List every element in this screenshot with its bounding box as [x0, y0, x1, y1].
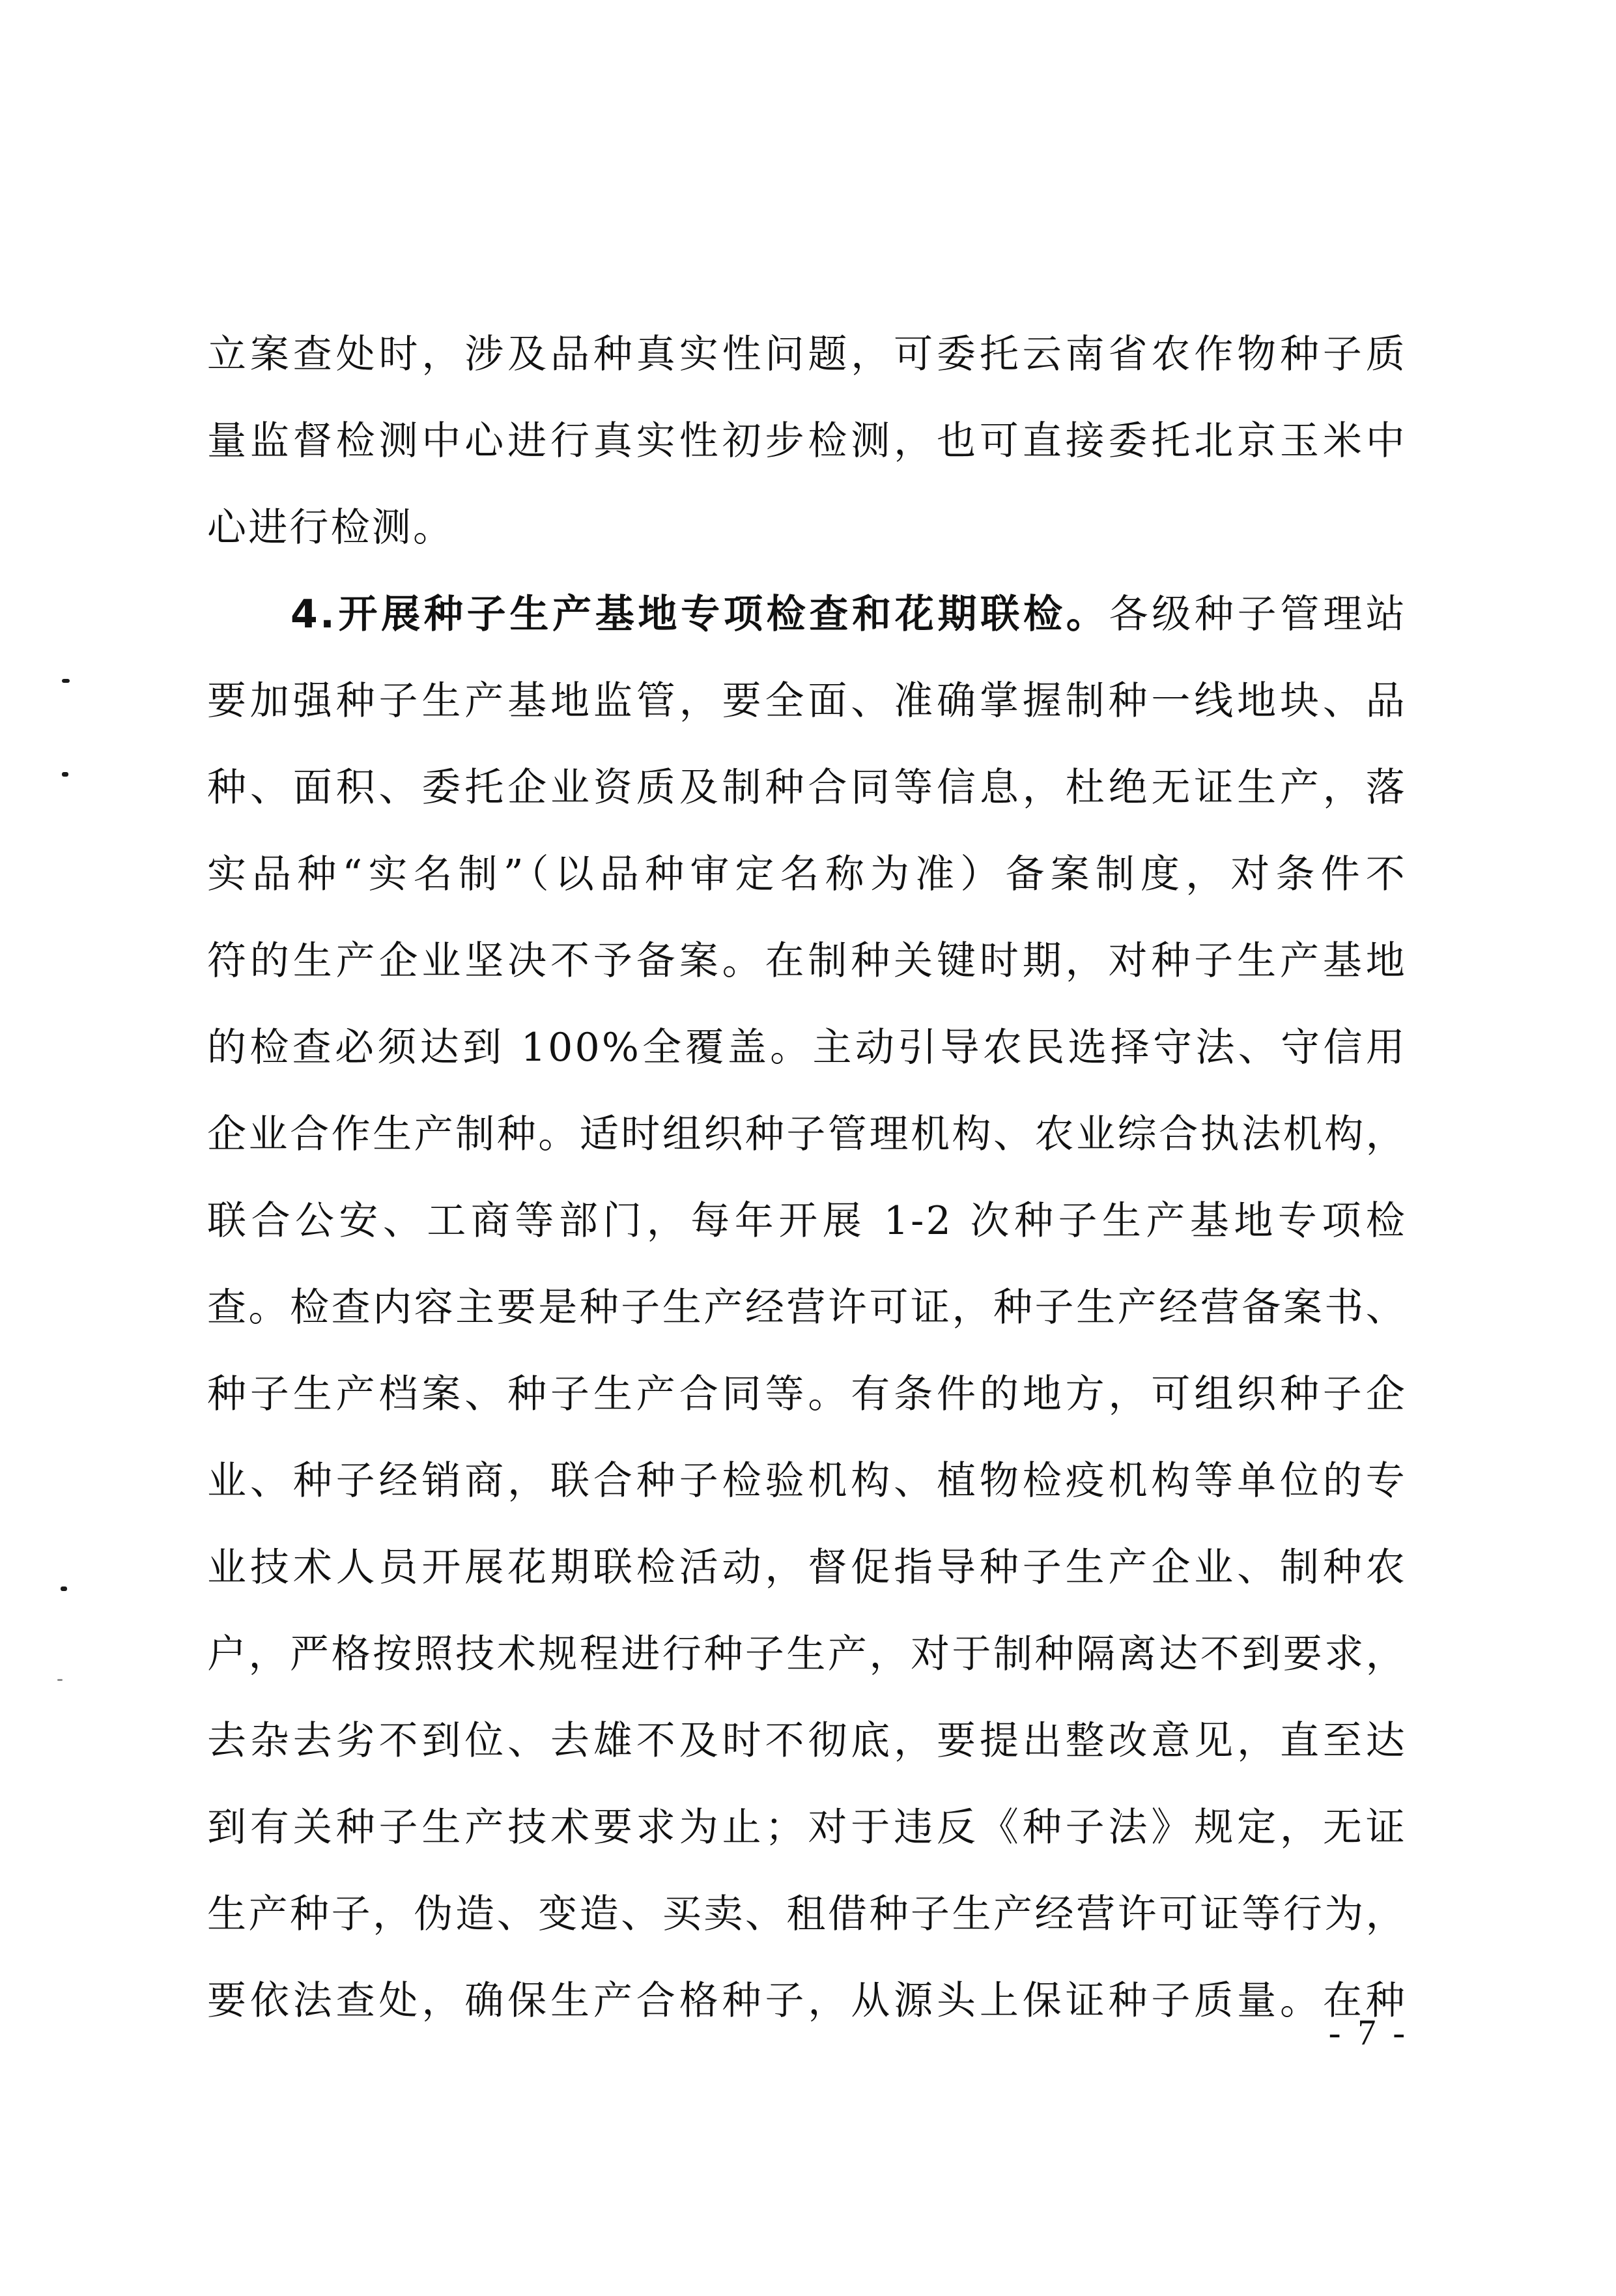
text-line: 到有关种子生产技术要求为止；对于违反《种子法》规定，无证 [207, 1785, 1407, 1871]
text-line: 心进行检测。 [207, 485, 1407, 571]
text-line: 企业合作生产制种。适时组织种子管理机构、农业综合执法机构， [207, 1091, 1407, 1178]
page-number: - 7 - [1329, 2007, 1409, 2059]
text-line: 去杂去劣不到位、去雄不及时不彻底，要提出整改意见，直至达 [207, 1698, 1407, 1785]
text-run: 各级种子管理站 [1109, 592, 1407, 637]
text-line: 种、面积、委托企业资质及制种合同等信息，杜绝无证生产，落 [207, 745, 1407, 831]
text-line: 户，严格按照技术规程进行种子生产，对于制种隔离达不到要求， [207, 1611, 1407, 1698]
text-line: 业、种子经销商，联合种子检验机构、植物检疫机构等单位的专 [207, 1438, 1407, 1525]
document-page: 立案查处时，涉及品种真实性问题，可委托云南省农作物种子质 量监督检测中心进行真实… [0, 0, 1616, 2296]
text-line: 生产种子，伪造、变造、买卖、租借种子生产经营许可证等行为， [207, 1871, 1407, 1958]
text-line: 查。检查内容主要是种子生产经营许可证，种子生产经营备案书、 [207, 1265, 1407, 1351]
text-line: 要加强种子生产基地监管，要全面、准确掌握制种一线地块、品 [207, 658, 1407, 745]
scan-margin-mark [61, 1586, 67, 1591]
paragraph-2: 4.开展种子生产基地专项检查和花期联检。各级种子管理站 要加强种子生产基地监管，… [207, 571, 1407, 2045]
text-line: 要依法查处，确保生产合格种子，从源头上保证种子质量。在种 [207, 1958, 1407, 2045]
text-line: 符的生产企业坚决不予备案。在制种关键时期，对种子生产基地 [207, 918, 1407, 1005]
text-line: 业技术人员开展花期联检活动，督促指导种子生产企业、制种农 [207, 1525, 1407, 1611]
text-line: 立案查处时，涉及品种真实性问题，可委托云南省农作物种子质 [207, 311, 1407, 398]
text-line: 的检查必须达到 100%全覆盖。主动引导农民选择守法、守信用 [207, 1005, 1407, 1091]
text-line: 联合公安、工商等部门，每年开展 1-2 次种子生产基地专项检 [207, 1178, 1407, 1265]
text-line-with-heading: 4.开展种子生产基地专项检查和花期联检。各级种子管理站 [207, 571, 1407, 658]
text-line: 量监督检测中心进行真实性初步检测，也可直接委托北京玉米中 [207, 398, 1407, 485]
section-heading: 4.开展种子生产基地专项检查和花期联检。 [291, 592, 1109, 637]
text-line: 实品种“实名制”（以品种审定名称为准）备案制度，对条件不 [207, 831, 1407, 918]
scan-margin-mark [62, 679, 70, 683]
body-text: 立案查处时，涉及品种真实性问题，可委托云南省农作物种子质 量监督检测中心进行真实… [207, 311, 1407, 2045]
scan-margin-mark [57, 1679, 63, 1681]
scan-margin-mark [62, 772, 68, 777]
text-line: 种子生产档案、种子生产合同等。有条件的地方，可组织种子企 [207, 1351, 1407, 1438]
paragraph-1: 立案查处时，涉及品种真实性问题，可委托云南省农作物种子质 量监督检测中心进行真实… [207, 311, 1407, 571]
